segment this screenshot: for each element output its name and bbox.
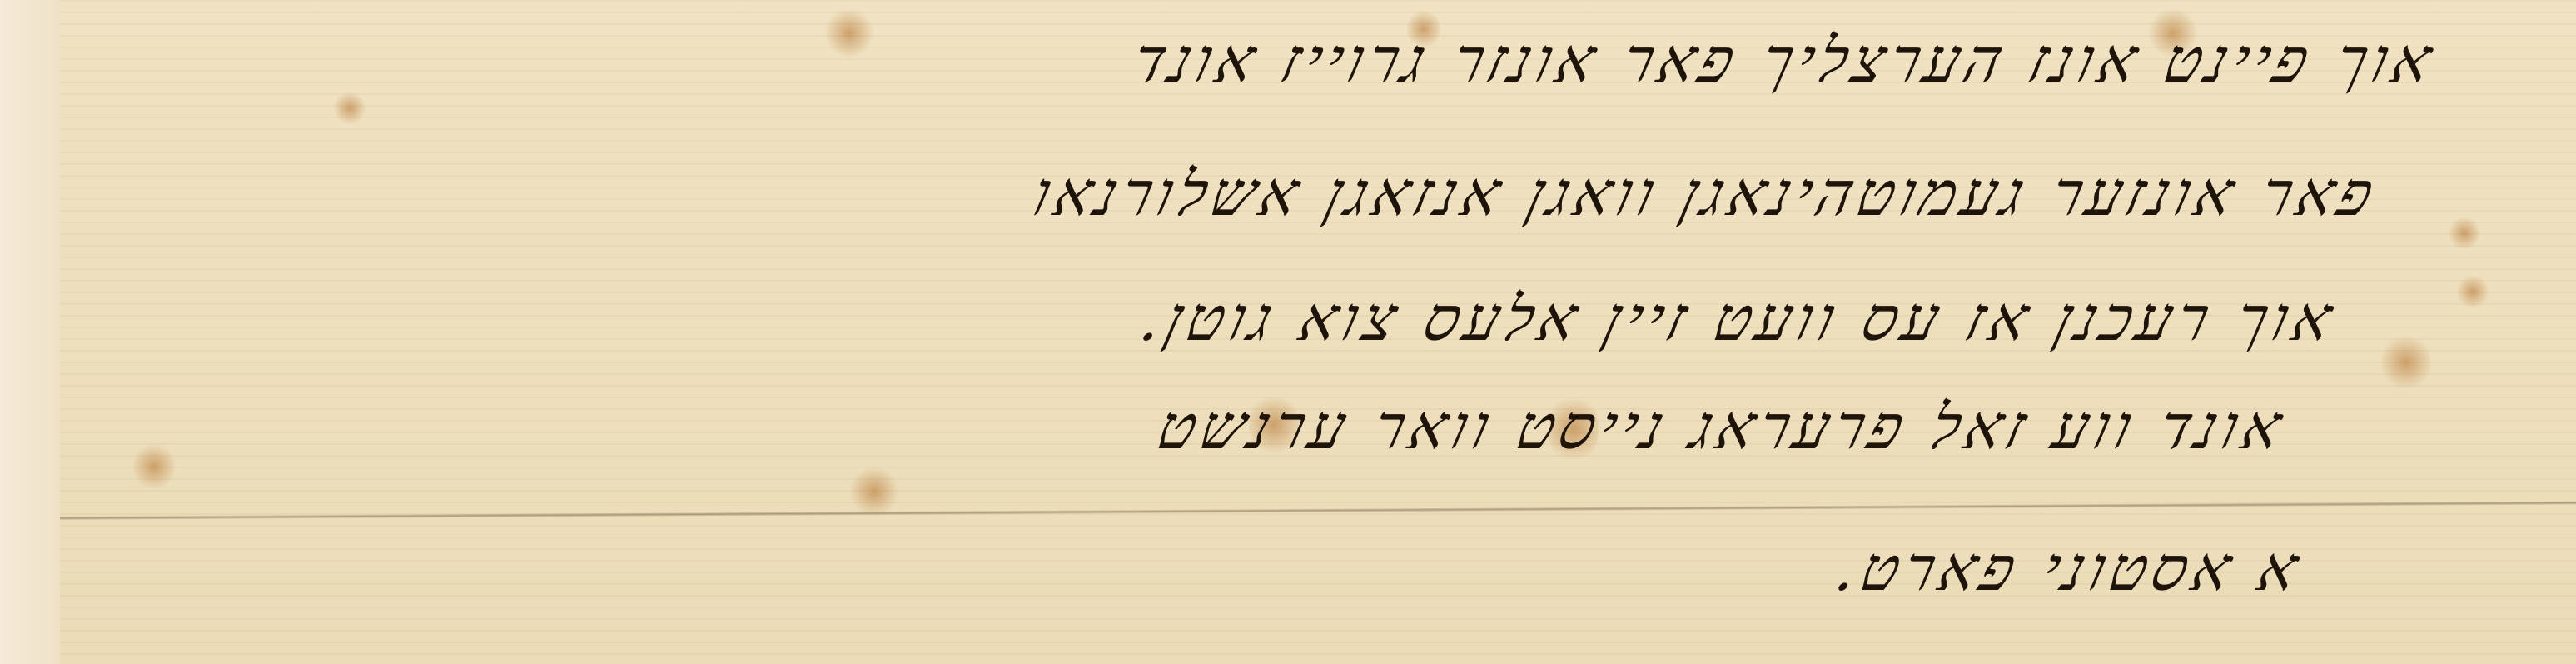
manuscript-line-4: אונד ווע זאל פרעראג נייסט וואר ערנשט [1150, 392, 2294, 464]
stain [133, 442, 175, 492]
stain [2456, 275, 2489, 308]
stain [333, 92, 366, 125]
stain [2448, 217, 2481, 250]
manuscript-line-3: אוך רעכנן אז עס וועט זיין אלעס צוא גוטן. [1133, 283, 2344, 356]
manuscript-line-1: אוך פיינט אונז הערצליך פאר אונזר גרוייז … [1125, 25, 2444, 97]
manuscript-line-2: פאר אונזער געמוטהינאגן וואגן אנזאגן אשלו… [1025, 158, 2385, 231]
stain [2381, 333, 2431, 392]
page-left-edge [0, 0, 62, 664]
stain [824, 8, 874, 58]
manuscript-line-5: א אסטוני פארט. [1828, 533, 2310, 606]
stain [849, 467, 899, 517]
